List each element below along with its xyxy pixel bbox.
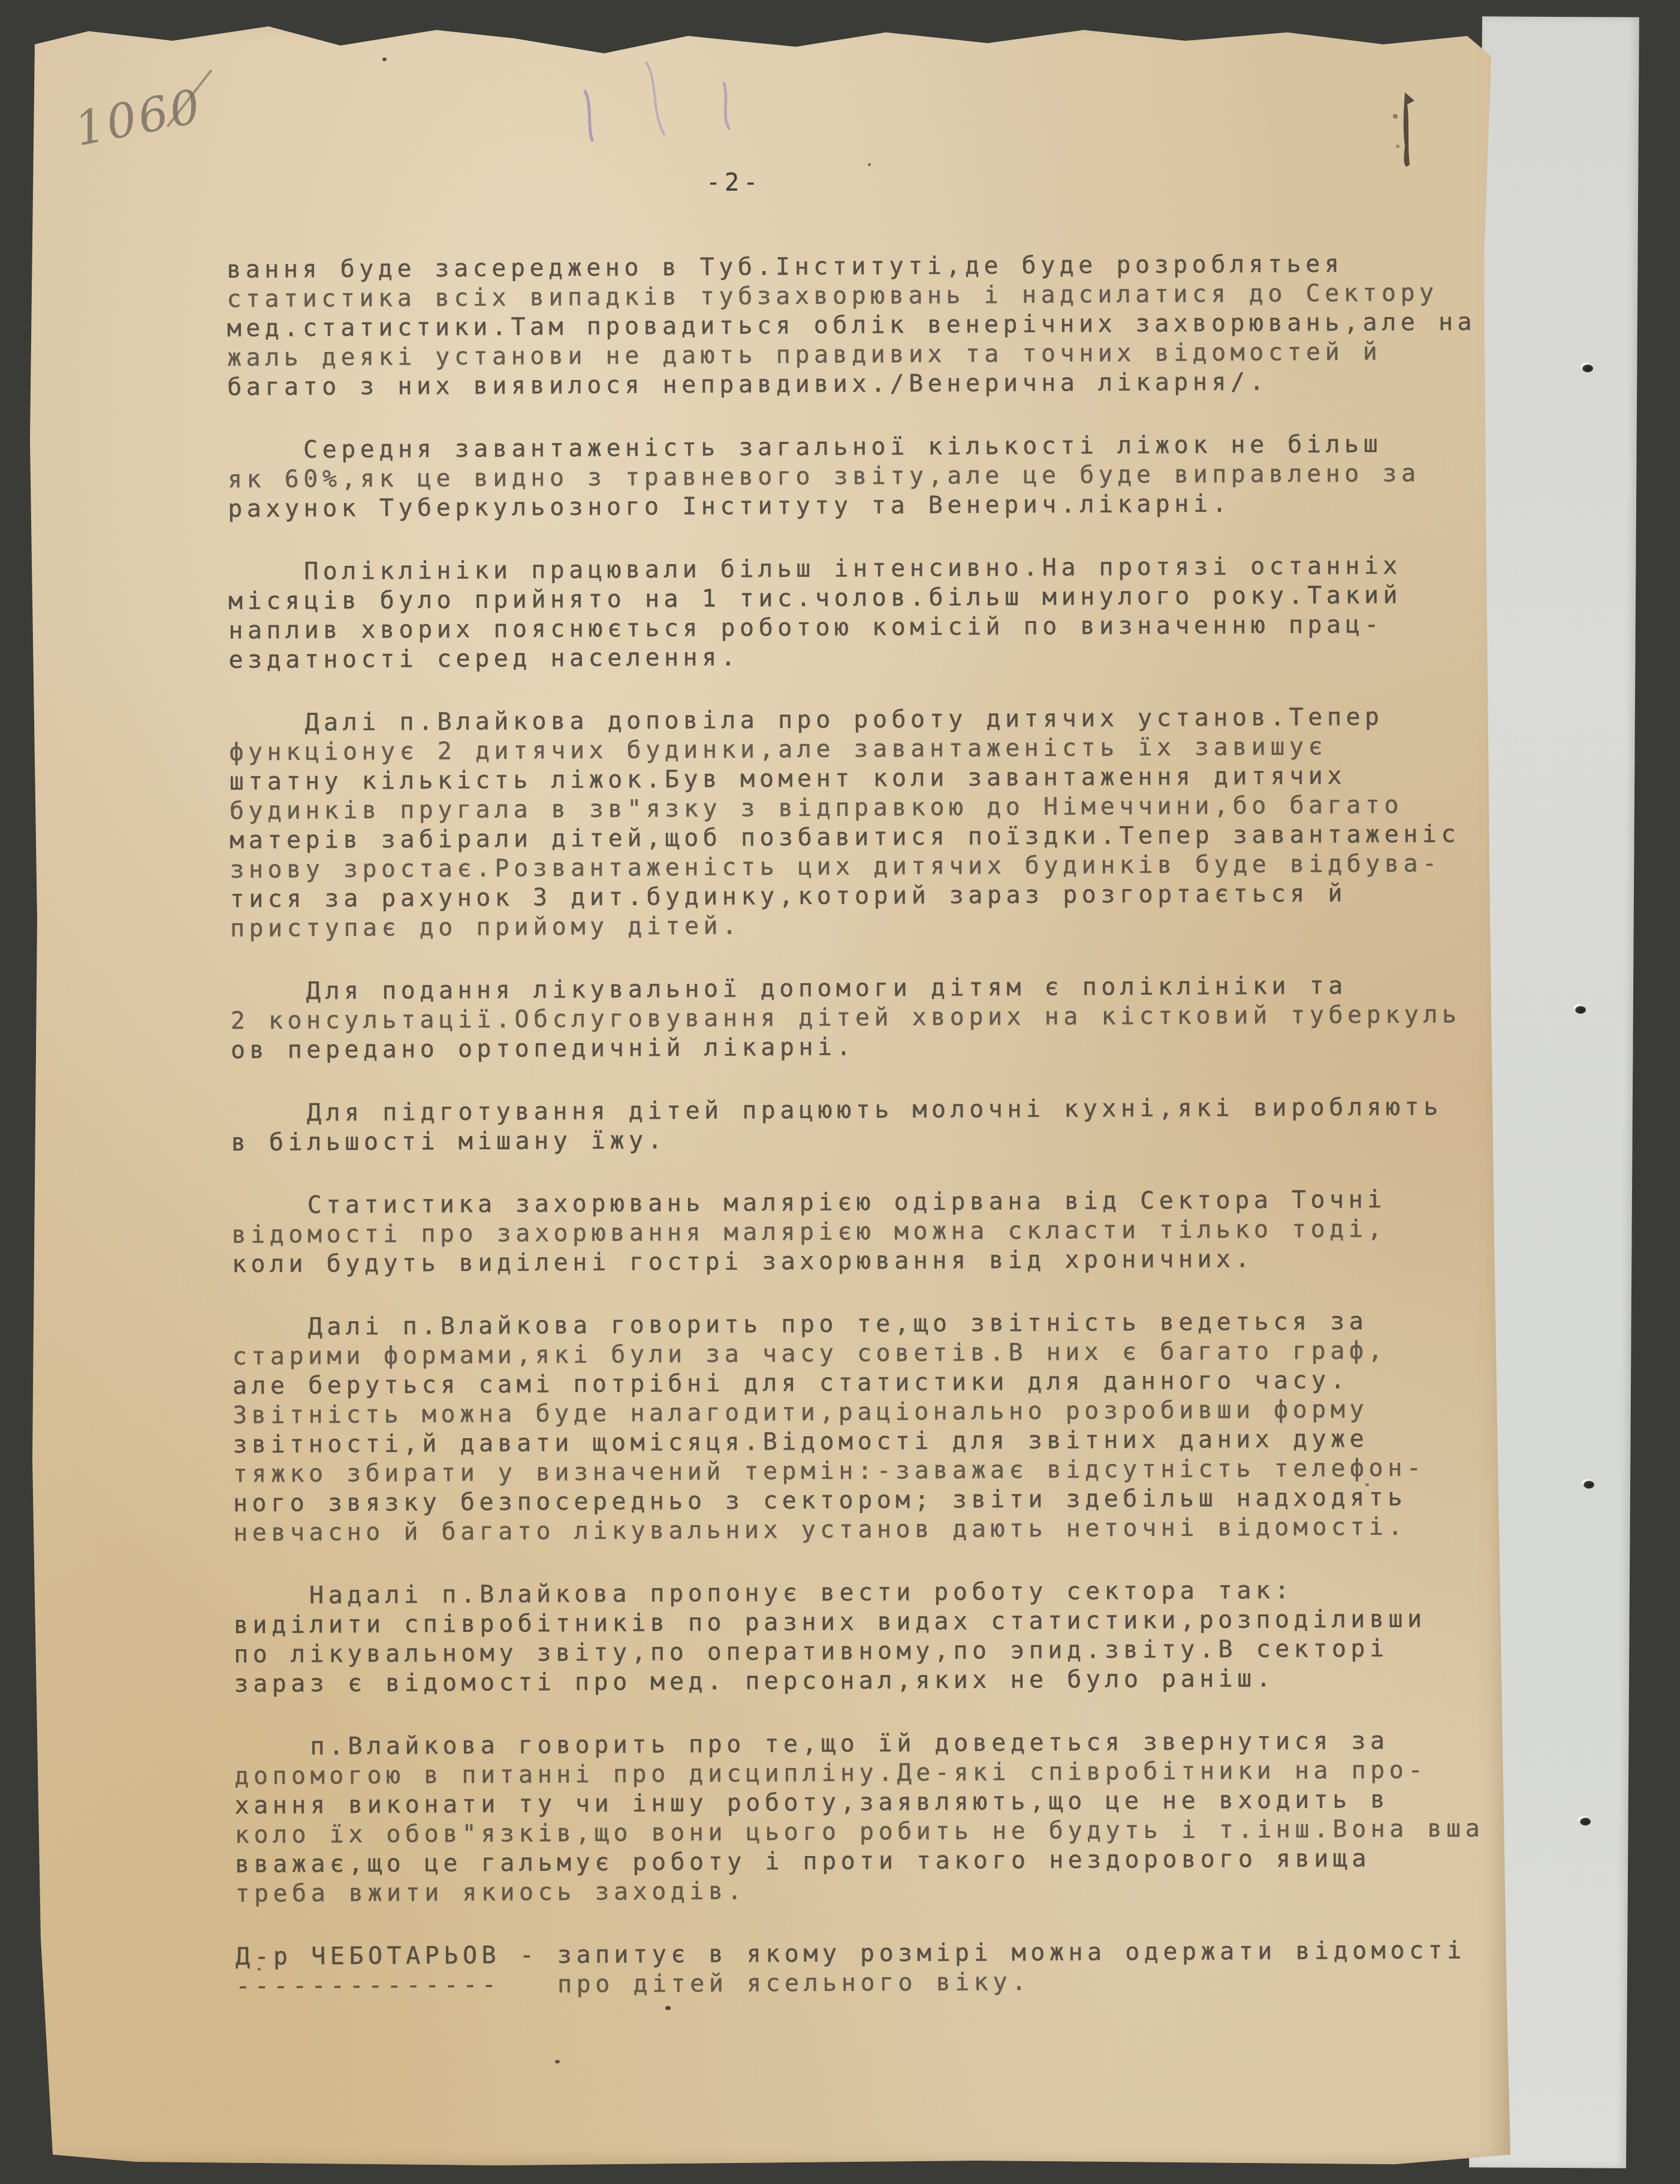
text-line: треба вжити якиось заходів. (235, 1873, 1512, 1909)
text-line: -------------- про дітей ясельного віку. (236, 1965, 1512, 2001)
paragraph: Далі п.Влайкова доповіла про роботу дитя… (229, 702, 1507, 944)
paragraph: Для підготування дітей працюють молочні … (231, 1092, 1507, 1158)
text-line: невчасно й багато лікувальних установ да… (233, 1512, 1510, 1548)
paragraph: Поліклініки працювали більш інтенсивно.Н… (228, 551, 1506, 675)
paper-speck (382, 58, 387, 61)
paragraph: п.Влайкова говорить про те,що їй доведет… (234, 1726, 1512, 1909)
paper-speck (868, 163, 871, 166)
text-line: приступає до прийому дітей. (230, 908, 1507, 944)
paragraph: Статистика захорювань малярією одірвана … (231, 1185, 1509, 1279)
text-line: рахунок Туберкульозного Інституту та Вен… (228, 488, 1504, 524)
paragraph: Середня завантаженість загальної кількос… (228, 429, 1505, 524)
pencil-scribble (574, 56, 790, 158)
text-line: коли будуть виділені гострі захорювання … (232, 1243, 1509, 1279)
text-line: зараз є відомості про мед. персонал,яких… (234, 1663, 1510, 1699)
paragraph: Д-р ЧЕБОТАРЬОВ - запитує в якому розмірі… (236, 1936, 1512, 2001)
paper-speck (665, 2006, 671, 2010)
punch-hole (1584, 1481, 1594, 1489)
paragraph: Для подання лікувальної допомоги дітям є… (230, 971, 1507, 1065)
paper-speck (1365, 1483, 1369, 1486)
scanned-document: { "scan": { "page_number": "-2-", "handw… (0, 0, 1680, 2184)
document-page: 1060 -2- вання буде засереджено в Туб.Ін… (17, 20, 1510, 2170)
punch-hole (1582, 364, 1593, 372)
text-line: в більшості мішану їжу. (231, 1122, 1508, 1158)
ink-smudge (1377, 74, 1431, 188)
text-line: ездатності серед населення. (228, 639, 1505, 675)
typewritten-text: вання буде засереджено в Туб.Інституті,д… (227, 249, 1513, 2035)
punch-hole (1575, 1006, 1586, 1014)
text-line: ов передано ортопедичній лікарні. (231, 1029, 1507, 1065)
handwritten-annotation: 1060 (70, 79, 207, 156)
paragraph: вання буде засереджено в Туб.Інституті,д… (227, 249, 1504, 402)
text-line: багато з них виявилося неправдивих./Вене… (227, 366, 1504, 402)
page-number: -2- (706, 169, 762, 197)
punch-hole (1580, 1818, 1591, 1825)
paper-speck (258, 1968, 261, 1971)
paragraph: Надалі п.Влайкова пропонує вести роботу … (234, 1575, 1511, 1699)
paper-speck (555, 2060, 560, 2063)
paragraph: Далі п.Влайкова говорить про те,що звітн… (232, 1306, 1510, 1548)
